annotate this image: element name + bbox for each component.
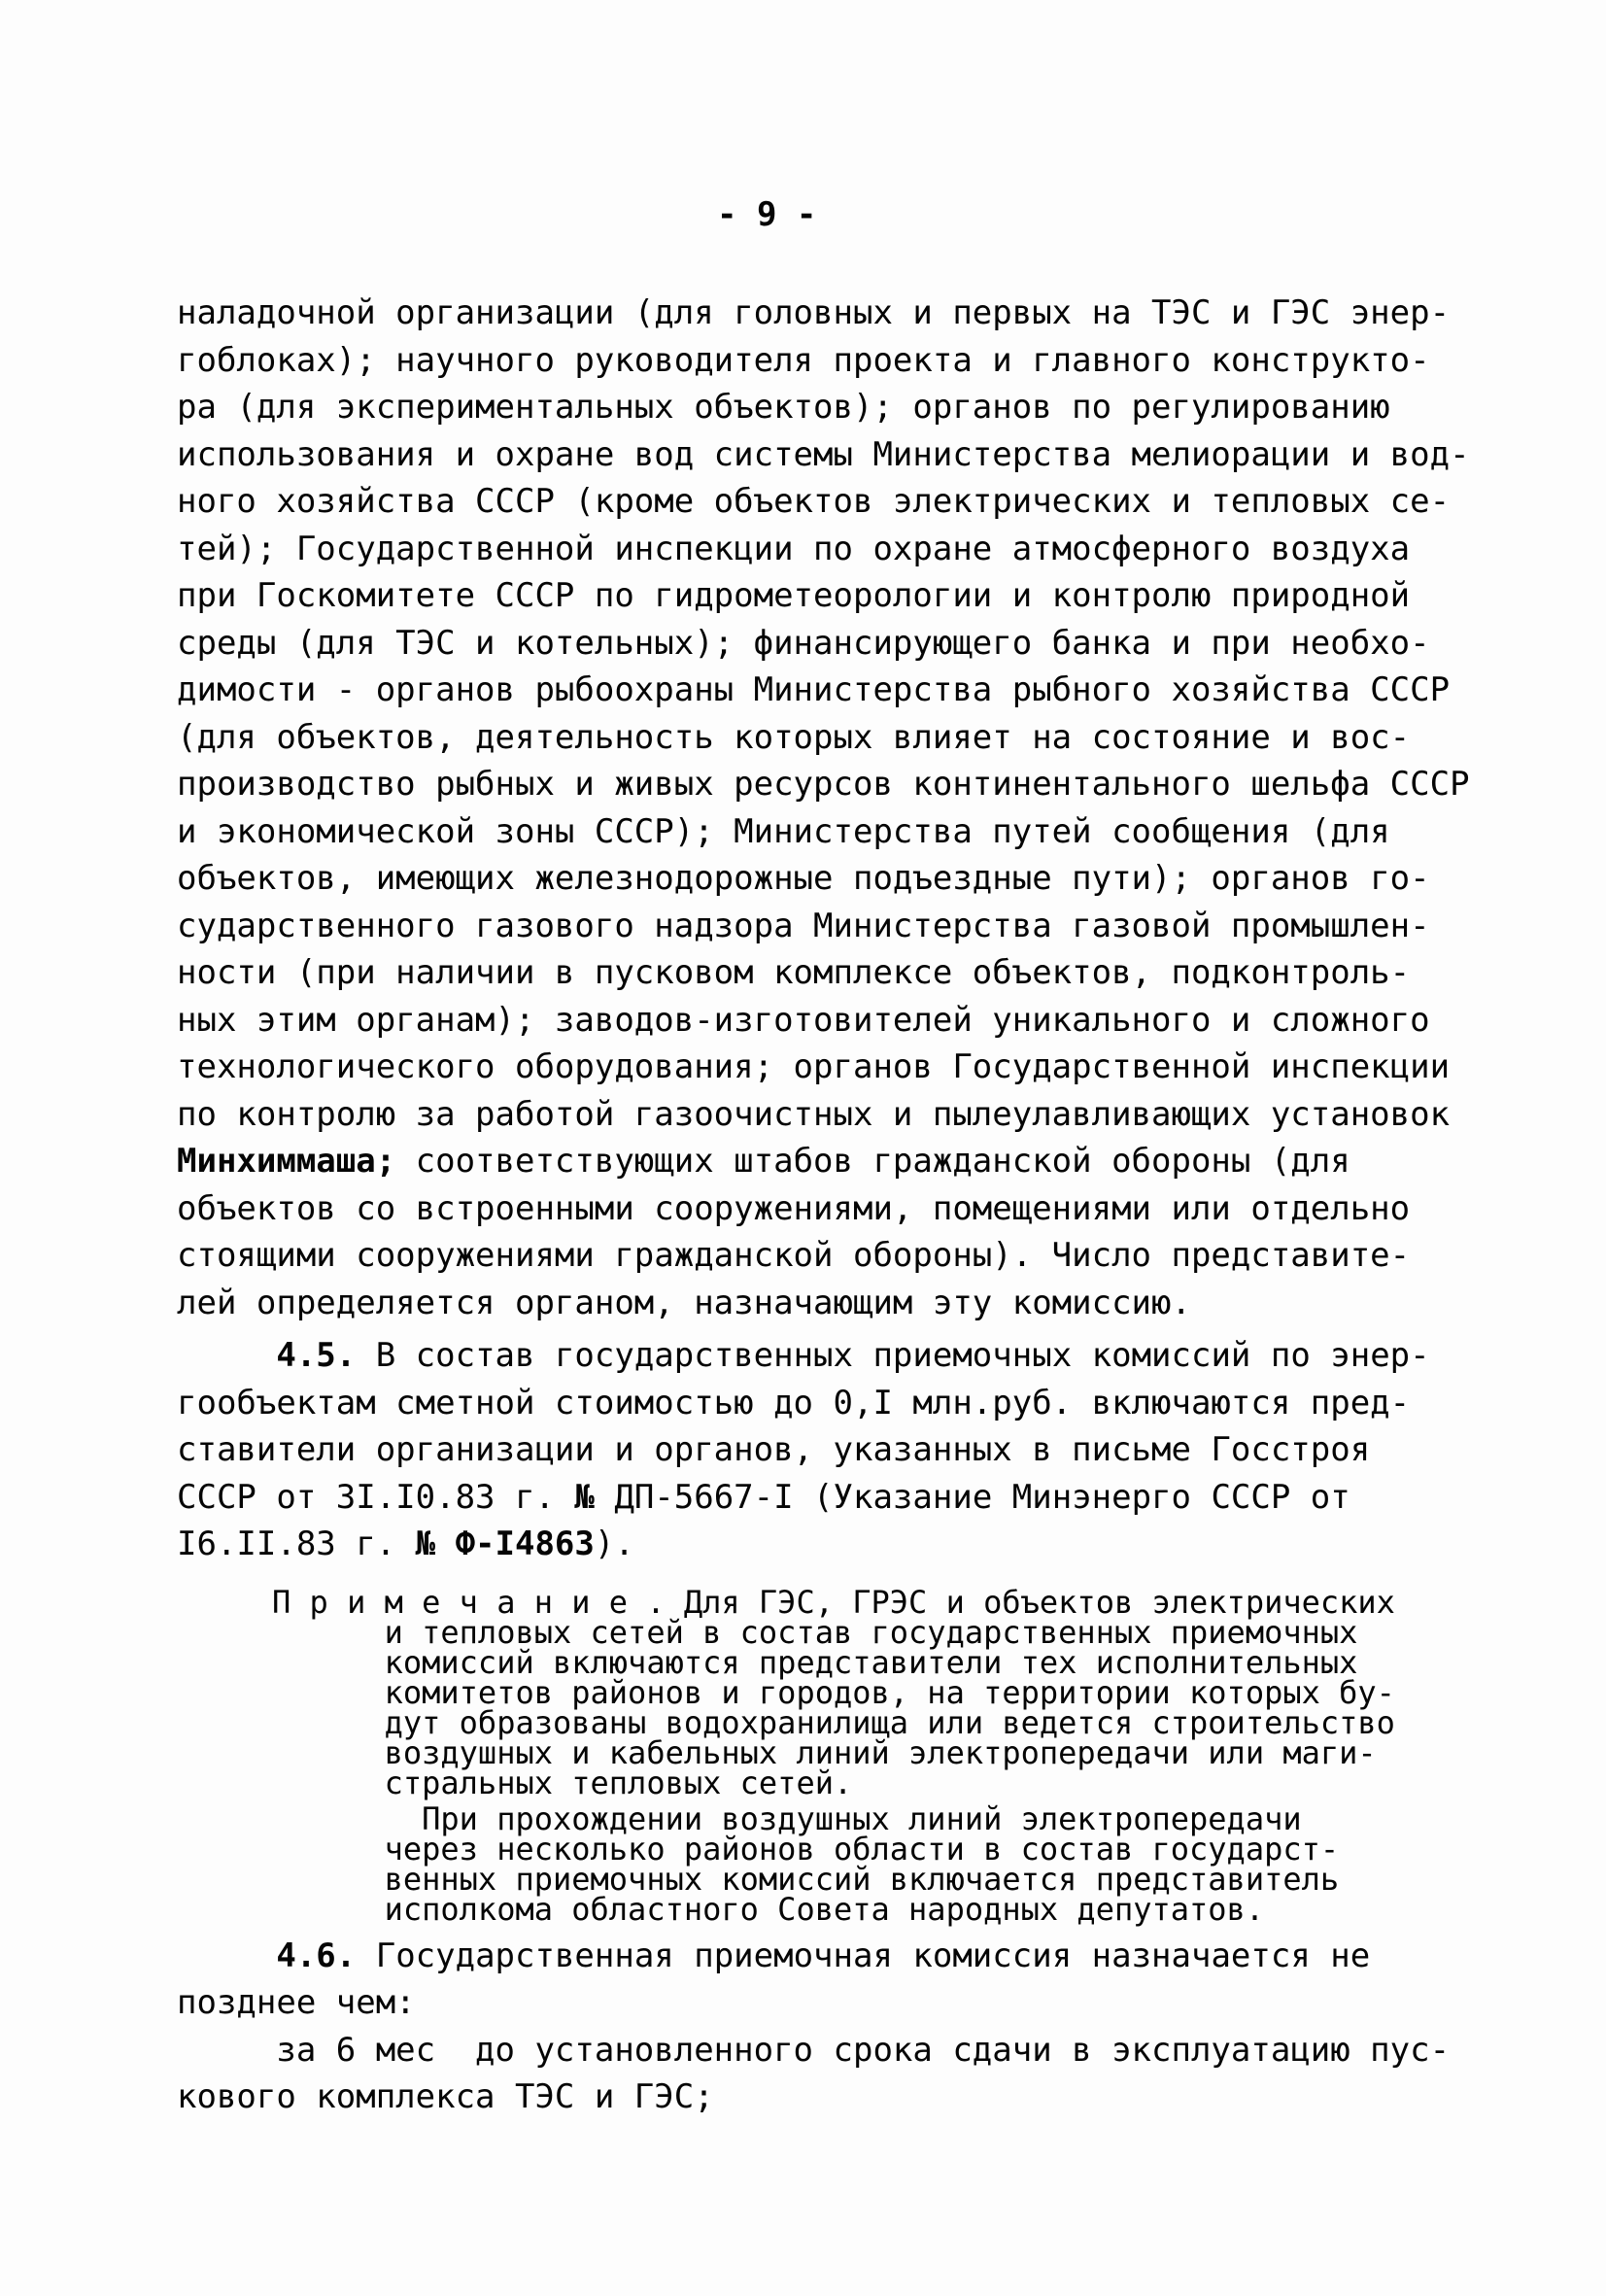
text-run: и экономической зоны СССР); Министерства… bbox=[177, 812, 1390, 851]
text-run: лей определяется органом, назначающим эт… bbox=[177, 1284, 1191, 1322]
text-run: технологического оборудования; органов Г… bbox=[177, 1047, 1450, 1086]
text-line: ного хозяйства СССР (кроме объектов элек… bbox=[177, 478, 1567, 526]
text-line: ных этим органам); заводов-изготовителей… bbox=[177, 997, 1567, 1045]
text-run: ДП-5667-I (Указание Минэнерго СССР от bbox=[595, 1478, 1350, 1517]
text-run: по контролю за работой газоочистных и пы… bbox=[177, 1095, 1450, 1134]
text-line: ра (для экспериментальных объектов); орг… bbox=[177, 384, 1567, 431]
text-line: гообъектам сметной стоимостью до 0,I млн… bbox=[177, 1380, 1567, 1427]
text-run: Государственная приемочная комиссия назн… bbox=[356, 1936, 1370, 1975]
text-run: ности (при наличии в пусковом комплексе … bbox=[177, 953, 1410, 992]
text-line: технологического оборудования; органов Г… bbox=[177, 1044, 1567, 1091]
text-run: объектов, имеющих железнодорожные подъез… bbox=[177, 859, 1430, 898]
text-run: стоящими сооружениями гражданской оборон… bbox=[177, 1236, 1410, 1275]
text-run: (для объектов, деятельность которых влия… bbox=[177, 718, 1410, 757]
emphasized-text-run: 4.5. bbox=[276, 1336, 356, 1375]
text-line: (для объектов, деятельность которых влия… bbox=[177, 714, 1567, 762]
text-line: кового комплекса ТЭС и ГЭС; bbox=[177, 2073, 1567, 2121]
emphasized-text-run: 4.6. bbox=[276, 1936, 356, 1975]
text-line: тей); Государственной инспекции по охран… bbox=[177, 526, 1567, 573]
text-run: ра (для экспериментальных объектов); орг… bbox=[177, 388, 1390, 427]
text-run: стральных тепловых сетей. bbox=[272, 1765, 852, 1801]
text-run: ставители организации и органов, указанн… bbox=[177, 1430, 1370, 1469]
text-line: исполкома областного Совета народных деп… bbox=[272, 1895, 1567, 1925]
block-para-4-5: 4.5. В состав государственных приемочных… bbox=[177, 1332, 1567, 1568]
text-run bbox=[177, 1936, 276, 1975]
block-note: П р и м е ч а н и е . Для ГЭС, ГРЭС и об… bbox=[272, 1588, 1567, 1925]
text-run: кового комплекса ТЭС и ГЭС; bbox=[177, 2077, 714, 2116]
text-run: при Госкомитете СССР по гидрометеорологи… bbox=[177, 576, 1410, 615]
text-run: димости - органов рыбоохраны Министерств… bbox=[177, 670, 1450, 709]
text-line: Минхиммаша; соответствующих штабов гражд… bbox=[177, 1138, 1567, 1185]
text-line: за 6 мес до установленного срока сдачи в… bbox=[177, 2027, 1567, 2074]
document-body: наладочной организации (для головных и п… bbox=[177, 290, 1567, 2121]
block-para-continuation: наладочной организации (для головных и п… bbox=[177, 290, 1567, 1326]
text-run: В состав государственных приемочных коми… bbox=[356, 1336, 1429, 1375]
text-run: сударственного газового надзора Министер… bbox=[177, 907, 1430, 945]
text-line: по контролю за работой газоочистных и пы… bbox=[177, 1091, 1567, 1139]
text-line: и экономической зоны СССР); Министерства… bbox=[177, 808, 1567, 856]
text-line: наладочной организации (для головных и п… bbox=[177, 290, 1567, 337]
emphasized-text-run: № bbox=[574, 1478, 594, 1517]
text-run: объектов со встроенными сооружениями, по… bbox=[177, 1189, 1410, 1228]
text-line: объектов со встроенными сооружениями, по… bbox=[177, 1185, 1567, 1233]
text-run: гоблоках); научного руководителя проекта… bbox=[177, 341, 1430, 380]
text-line: среды (для ТЭС и котельных); финансирующ… bbox=[177, 620, 1567, 668]
text-run: производство рыбных и живых ресурсов кон… bbox=[177, 765, 1470, 804]
text-run: исполкома областного Совета народных деп… bbox=[272, 1891, 1264, 1928]
text-line: СССР от 3I.I0.83 г. № ДП-5667-I (Указани… bbox=[177, 1474, 1567, 1522]
text-run: наладочной организации (для головных и п… bbox=[177, 293, 1450, 332]
text-line: ности (при наличии в пусковом комплексе … bbox=[177, 949, 1567, 997]
block-para-4-6: 4.6. Государственная приемочная комиссия… bbox=[177, 1933, 1567, 2027]
text-run: использования и охране вод системы Минис… bbox=[177, 435, 1470, 474]
text-line: 4.5. В состав государственных приемочных… bbox=[177, 1332, 1567, 1380]
emphasized-text-run: Минхиммаша; bbox=[177, 1142, 395, 1181]
text-run: I6.II.83 г. bbox=[177, 1525, 416, 1563]
text-line: стральных тепловых сетей. bbox=[272, 1768, 1567, 1799]
page-number: - 9 - bbox=[717, 191, 1567, 238]
text-run: ). bbox=[595, 1525, 634, 1563]
text-line: лей определяется органом, назначающим эт… bbox=[177, 1280, 1567, 1327]
page-content: - 9 - наладочной организации (для головн… bbox=[0, 0, 1606, 2121]
text-line: позднее чем: bbox=[177, 1979, 1567, 2027]
text-run: среды (для ТЭС и котельных); финансирующ… bbox=[177, 624, 1430, 663]
text-line: ставители организации и органов, указанн… bbox=[177, 1426, 1567, 1474]
text-line: 4.6. Государственная приемочная комиссия… bbox=[177, 1933, 1567, 1980]
text-run bbox=[177, 1336, 276, 1375]
text-run: ных этим органам); заводов-изготовителей… bbox=[177, 1001, 1430, 1040]
text-run: соответствующих штабов гражданской оборо… bbox=[395, 1142, 1350, 1181]
text-line: I6.II.83 г. № Ф-I4863). bbox=[177, 1521, 1567, 1568]
emphasized-text-run: № Ф-I4863 bbox=[416, 1525, 595, 1563]
text-line: производство рыбных и живых ресурсов кон… bbox=[177, 761, 1567, 808]
text-run: гообъектам сметной стоимостью до 0,I млн… bbox=[177, 1384, 1410, 1422]
text-run: ного хозяйства СССР (кроме объектов элек… bbox=[177, 482, 1450, 521]
text-run: тей); Государственной инспекции по охран… bbox=[177, 530, 1410, 568]
text-line: сударственного газового надзора Министер… bbox=[177, 903, 1567, 950]
text-run: позднее чем: bbox=[177, 1983, 416, 2022]
text-line: стоящими сооружениями гражданской оборон… bbox=[177, 1232, 1567, 1280]
text-run: за 6 мес до установленного срока сдачи в… bbox=[177, 2031, 1450, 2070]
text-line: при Госкомитете СССР по гидрометеорологи… bbox=[177, 572, 1567, 620]
text-line: объектов, имеющих железнодорожные подъез… bbox=[177, 855, 1567, 903]
text-line: димости - органов рыбоохраны Министерств… bbox=[177, 667, 1567, 714]
text-line: использования и охране вод системы Минис… bbox=[177, 431, 1567, 479]
text-run: СССР от 3I.I0.83 г. bbox=[177, 1478, 574, 1517]
block-para-deadline: за 6 мес до установленного срока сдачи в… bbox=[177, 2027, 1567, 2121]
document-page: - 9 - наладочной организации (для головн… bbox=[0, 0, 1606, 2296]
text-line: гоблоках); научного руководителя проекта… bbox=[177, 337, 1567, 385]
